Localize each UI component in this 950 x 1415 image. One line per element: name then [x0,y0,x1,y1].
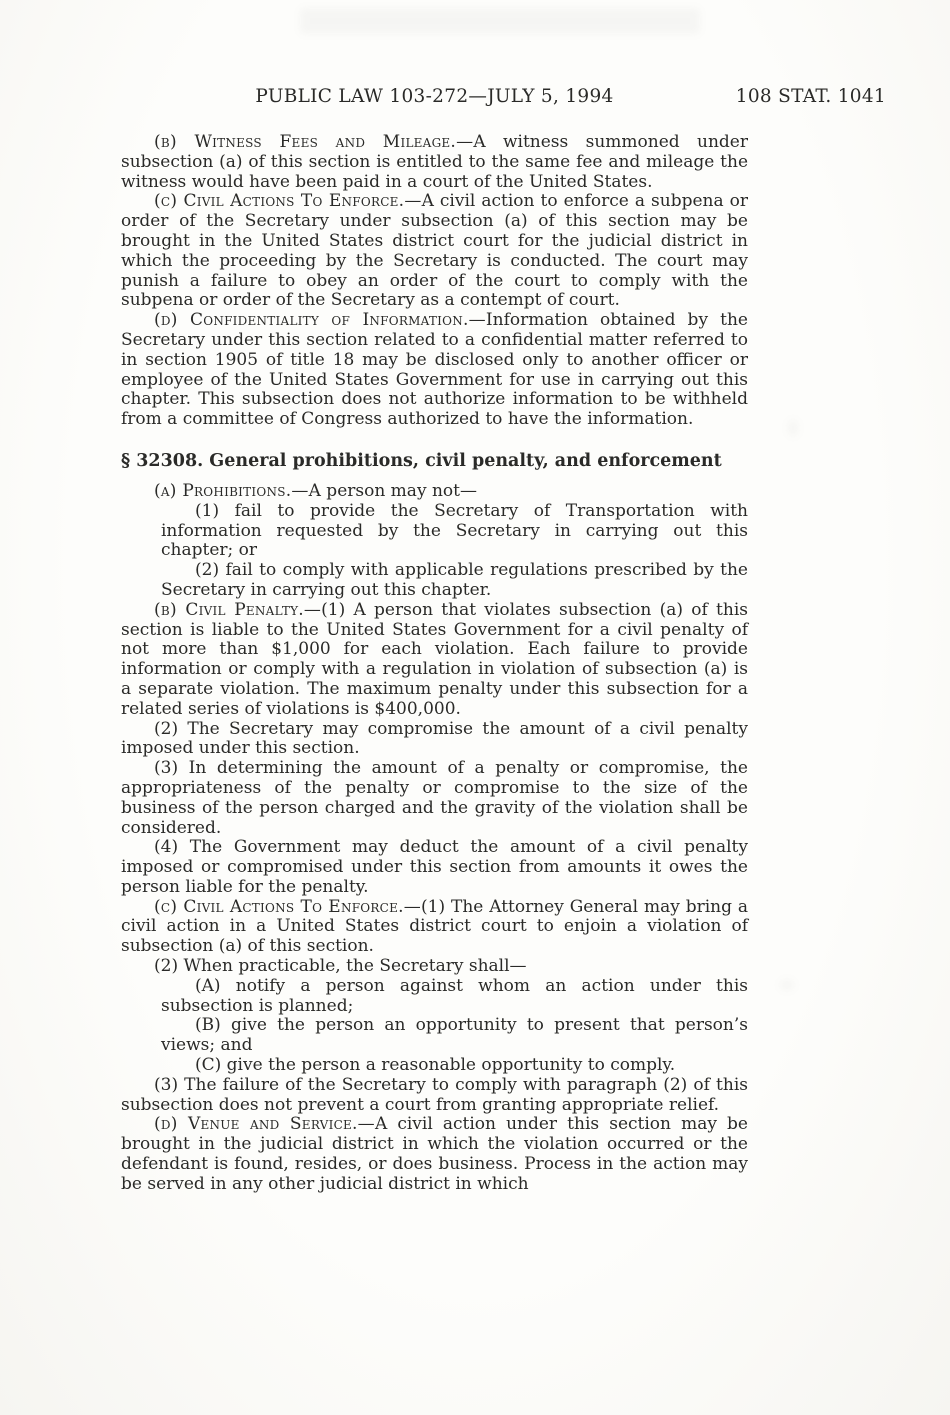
para-b-item-3: (3) In determining the amount of a penal… [121,759,748,838]
scan-artifact [780,980,794,990]
para-d-venue-service: (d) Venue and Service.—A civil action un… [121,1115,748,1194]
clause-text: (2) fail to comply with applicable regul… [161,560,748,600]
subsection-label: (c) Civil Actions To Enforce.— [154,897,421,917]
subsection-label: (b) Civil Penalty.— [154,600,321,620]
clause-text: (A) notify a person against whom an acti… [161,976,748,1016]
clause-text: (2) The Secretary may compromise the amo… [121,719,748,759]
subsection-text: A person may not— [309,481,477,501]
statute-text-column: (b) Witness Fees and Mileage.—A witness … [121,133,748,1195]
subsection-label: (a) Prohibitions.— [154,481,309,501]
para-c-civil-actions-enforce: (c) Civil Actions To Enforce.—(1) The At… [121,898,748,957]
clause-text: (2) When practicable, the Secretary shal… [154,956,527,976]
para-b-civil-penalty: (b) Civil Penalty.—(1) A person that vio… [121,601,748,720]
para-b-item-4: (4) The Government may deduct the amount… [121,838,748,897]
subsection-label: (d) Venue and Service.— [154,1114,375,1134]
para-a-item-1: (1) fail to provide the Secretary of Tra… [161,502,748,561]
subsection-label: (d) Confidentiality of Information.— [154,310,486,330]
clause-text: (4) The Government may deduct the amount… [121,837,748,897]
para-c-civil-actions: (c) Civil Actions To Enforce.—A civil ac… [121,192,748,311]
para-c-item-2B: (B) give the person an opportunity to pr… [161,1016,748,1056]
clause-text: (1) fail to provide the Secretary of Tra… [161,501,748,561]
scan-artifact [300,8,700,34]
running-head-stat-page: 108 STAT. 1041 [736,86,886,107]
para-b-witness-fees: (b) Witness Fees and Mileage.—A witness … [121,133,748,192]
statute-page: PUBLIC LAW 103-272—JULY 5, 1994 108 STAT… [0,0,950,1415]
para-c-item-2A: (A) notify a person against whom an acti… [161,977,748,1017]
clause-text: (C) give the person a reasonable opportu… [195,1055,675,1075]
para-d-confidentiality: (d) Confidentiality of Information.—Info… [121,311,748,430]
subsection-label: (b) Witness Fees and Mileage.— [154,132,473,152]
para-c-item-2C: (C) give the person a reasonable opportu… [161,1056,748,1076]
subsection-label: (c) Civil Actions To Enforce.— [154,191,422,211]
clause-text: (3) The failure of the Secretary to comp… [121,1075,748,1115]
para-c-item-2: (2) When practicable, the Secretary shal… [121,957,748,977]
clause-text: (3) In determining the amount of a penal… [121,758,748,837]
running-head: PUBLIC LAW 103-272—JULY 5, 1994 108 STAT… [121,86,886,110]
clause-text: (B) give the person an opportunity to pr… [161,1015,748,1055]
para-a-prohibitions: (a) Prohibitions.—A person may not— [121,482,748,502]
running-head-law-title: PUBLIC LAW 103-272—JULY 5, 1994 [121,86,748,107]
para-c-item-3: (3) The failure of the Secretary to comp… [121,1076,748,1116]
section-heading-32308: § 32308. General prohibitions, civil pen… [121,451,748,472]
para-b-item-2: (2) The Secretary may compromise the amo… [121,720,748,760]
scan-artifact [788,420,798,436]
para-a-item-2: (2) fail to comply with applicable regul… [161,561,748,601]
